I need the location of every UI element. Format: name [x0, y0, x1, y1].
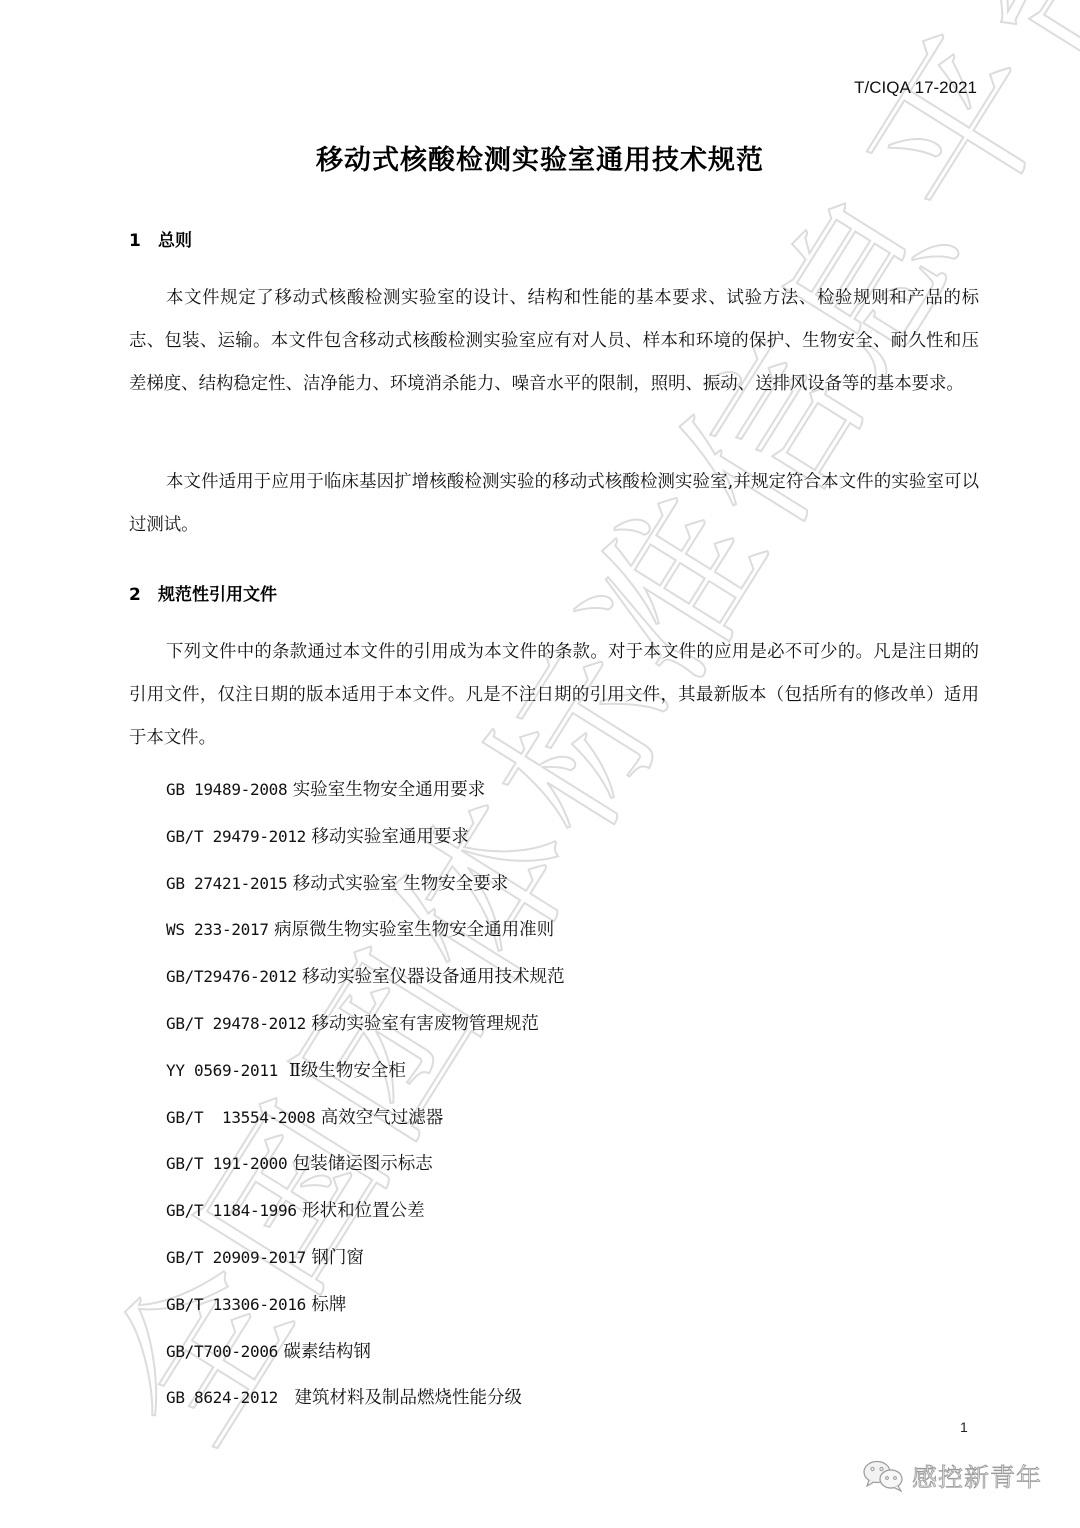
reference-name: 标牌: [311, 1295, 346, 1315]
section-2-heading: 2规范性引用文件: [129, 580, 277, 605]
wechat-account-badge: 感控新青年: [862, 1458, 1042, 1494]
reference-code: YY 0569-2011: [166, 1061, 278, 1080]
reference-item: GB/T 20909-2017 钢门窗: [166, 1240, 565, 1287]
reference-code: GB/T700-2006: [166, 1342, 278, 1361]
reference-name: 病原微生物实验室生物安全通用准则: [274, 920, 554, 940]
reference-item: GB/T 13554-2008 高效空气过滤器: [166, 1100, 565, 1147]
reference-item: GB/T 29479-2012 移动实验室通用要求: [166, 819, 565, 866]
reference-name: 移动实验室仪器设备通用技术规范: [302, 967, 565, 987]
reference-code: GB/T 29478-2012: [166, 1014, 306, 1033]
page-number: 1: [960, 1419, 968, 1435]
reference-item: GB 27421-2015 移动式实验室 生物安全要求: [166, 866, 565, 913]
reference-name: 实验室生物安全通用要求: [293, 780, 486, 800]
reference-code: GB/T 1184-1996: [166, 1201, 297, 1220]
section-number: 1: [129, 231, 158, 251]
reference-item: GB/T29476-2012 移动实验室仪器设备通用技术规范: [166, 959, 565, 1006]
document-title: 移动式核酸检测实验室通用技术规范: [0, 138, 1080, 177]
section-title: 规范性引用文件: [158, 585, 277, 605]
reference-name: 碳素结构钢: [283, 1342, 371, 1362]
section-1-paragraph-1: 本文件规定了移动式核酸检测实验室的设计、结构和性能的基本要求、试验方法、检验规则…: [129, 277, 979, 406]
reference-item: YY 0569-2011 Ⅱ级生物安全柜: [166, 1053, 565, 1100]
reference-name: 移动实验室通用要求: [311, 827, 469, 847]
reference-code: GB/T 13306-2016: [166, 1295, 306, 1314]
reference-item: WS 233-2017 病原微生物实验室生物安全通用准则: [166, 912, 565, 959]
reference-code: GB/T29476-2012: [166, 967, 297, 986]
reference-code: GB/T 20909-2017: [166, 1248, 306, 1267]
reference-code: GB/T 13554-2008: [166, 1108, 315, 1127]
reference-name: 建筑材料及制品燃烧性能分级: [283, 1388, 522, 1408]
wechat-icon: [862, 1459, 906, 1493]
reference-name: 移动式实验室 生物安全要求: [293, 874, 509, 894]
reference-item: GB 8624-2012 建筑材料及制品燃烧性能分级: [166, 1380, 565, 1427]
reference-item: GB/T 13306-2016 标牌: [166, 1287, 565, 1334]
section-2-paragraph-1: 下列文件中的条款通过本文件的引用成为本文件的条款。对于本文件的应用是必不可少的。…: [129, 631, 979, 760]
section-1-paragraph-2: 本文件适用于应用于临床基因扩增核酸检测实验的移动式核酸检测实验室,并规定符合本文…: [129, 461, 979, 547]
reference-item: GB/T 1184-1996 形状和位置公差: [166, 1193, 565, 1240]
section-1-heading: 1总则: [129, 226, 192, 251]
reference-item: GB/T 29478-2012 移动实验室有害废物管理规范: [166, 1006, 565, 1053]
reference-item: GB 19489-2008 实验室生物安全通用要求: [166, 772, 565, 819]
reference-name: 形状和位置公差: [302, 1201, 425, 1221]
reference-name: 钢门窗: [311, 1248, 364, 1268]
reference-name: 包装储运图示标志: [293, 1154, 433, 1174]
normative-references-list: GB 19489-2008 实验室生物安全通用要求 GB/T 29479-201…: [166, 772, 565, 1427]
reference-code: GB 27421-2015: [166, 874, 287, 893]
reference-code: WS 233-2017: [166, 920, 269, 939]
reference-name: Ⅱ级生物安全柜: [283, 1061, 405, 1081]
reference-code: GB 8624-2012: [166, 1388, 278, 1407]
section-number: 2: [129, 585, 158, 605]
reference-item: GB/T700-2006 碳素结构钢: [166, 1334, 565, 1381]
reference-code: GB/T 191-2000: [166, 1154, 287, 1173]
document-page: 全国团体标准信息平台 T/CIQA 17-2021 移动式核酸检测实验室通用技术…: [0, 0, 1080, 1528]
reference-name: 高效空气过滤器: [321, 1108, 444, 1128]
reference-item: GB/T 191-2000 包装储运图示标志: [166, 1146, 565, 1193]
wechat-account-name: 感控新青年: [912, 1458, 1042, 1494]
document-code: T/CIQA 17-2021: [854, 78, 977, 98]
section-title: 总则: [158, 231, 192, 251]
reference-code: GB 19489-2008: [166, 780, 287, 799]
reference-code: GB/T 29479-2012: [166, 827, 306, 846]
reference-name: 移动实验室有害废物管理规范: [311, 1014, 539, 1034]
